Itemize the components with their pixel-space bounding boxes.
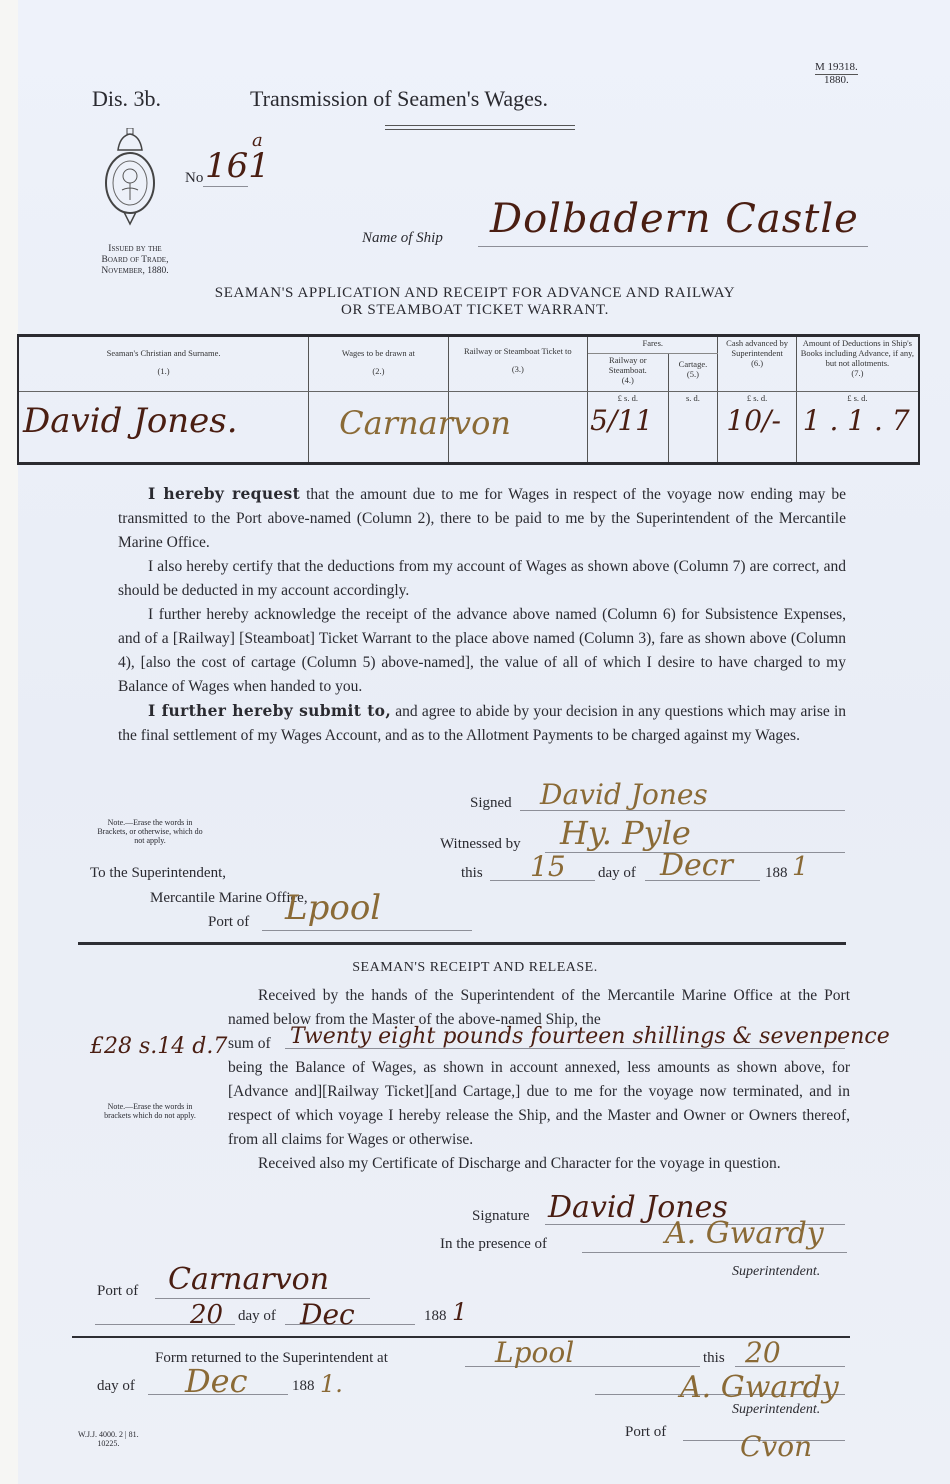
- return-sign-value[interactable]: A. Gwardy: [680, 1370, 839, 1405]
- release-paragraph-2: Received also my Certificate of Discharg…: [228, 1152, 850, 1176]
- form-ref-number: M 19318.: [815, 62, 858, 73]
- fare-units: £ s. d.: [590, 393, 665, 403]
- release-year-suffix[interactable]: 1: [452, 1298, 467, 1326]
- superintendent-label: Superintendent.: [732, 1264, 820, 1280]
- form-reference: M 19318. 1880.: [815, 62, 858, 86]
- acknowledge-paragraph: I further hereby acknowledge the receipt…: [118, 603, 846, 699]
- brackets-note: Note.—Erase the words in brackets which …: [100, 1102, 200, 1120]
- signature-label: Signature: [472, 1208, 530, 1225]
- col-header-deductions: Amount of Deductions in Ship's Books inc…: [796, 336, 919, 392]
- port-label: Port of: [208, 914, 249, 931]
- col-5-num: (5.): [671, 369, 716, 379]
- issued-line-1: Issued by the: [85, 244, 185, 255]
- sum-label: sum of: [228, 1035, 271, 1052]
- cell-fare[interactable]: £ s. d. 5/11: [588, 392, 668, 464]
- printer-line-2: 10225.: [78, 1439, 139, 1448]
- cell-cash-advanced[interactable]: £ s. d. 10/-: [718, 392, 796, 464]
- col-1-label: Seaman's Christian and Surname.: [21, 348, 306, 358]
- form-ref-year: 1880.: [815, 74, 858, 86]
- request-paragraph: I hereby request that the amount due to …: [118, 482, 846, 555]
- release-day-value[interactable]: 20: [190, 1300, 223, 1330]
- deduction-units: £ s. d.: [799, 393, 916, 403]
- year-prefix: 188: [765, 865, 788, 882]
- col-2-label: Wages to be drawn at: [311, 348, 445, 358]
- application-body: I hereby request that the amount due to …: [118, 482, 846, 748]
- to-superintendent: To the Superintendent,: [90, 865, 226, 882]
- release-port-label: Port of: [97, 1283, 138, 1300]
- signed-label: Signed: [470, 795, 512, 812]
- sum-words-value[interactable]: Twenty eight pounds fourteen shillings &…: [290, 1024, 890, 1049]
- issued-line-2: Board of Trade,: [85, 255, 185, 266]
- deductions-value: 1 . 1 . 7: [803, 416, 910, 426]
- col-5-label: Cartage.: [671, 359, 716, 369]
- submit-paragraph: I further hereby submit to, and agree to…: [118, 699, 846, 748]
- witnessed-value[interactable]: Hy. Pyle: [560, 814, 691, 852]
- day-of-label: day of: [598, 865, 636, 882]
- release-title: SEAMAN'S RECEIPT AND RELEASE.: [0, 960, 950, 976]
- col-3-label: Railway or Steamboat Ticket to: [451, 346, 585, 356]
- ship-name-line: [478, 246, 868, 247]
- form-code: Dis. 3b.: [92, 86, 161, 112]
- return-month-value[interactable]: Dec: [185, 1362, 248, 1400]
- release-year-prefix: 188: [424, 1308, 447, 1325]
- signed-value[interactable]: David Jones: [540, 778, 708, 811]
- return-year-suffix[interactable]: 1.: [320, 1370, 343, 1398]
- day-value[interactable]: 15: [530, 850, 566, 883]
- application-title-line-1: SEAMAN'S APPLICATION AND RECEIPT FOR ADV…: [0, 285, 950, 302]
- col-header-wages-at: Wages to be drawn at (2.): [309, 336, 448, 392]
- release-day-of-label: day of: [238, 1308, 276, 1325]
- board-of-trade-crest-icon: [100, 128, 160, 238]
- col-4-label: Railway or Steamboat.: [590, 355, 665, 375]
- col-7-num: (7.): [799, 368, 916, 378]
- wages-at-value: Carnarvon: [339, 418, 511, 428]
- port-line: [262, 930, 472, 931]
- col-6-num: (6.): [720, 358, 793, 368]
- return-this-value[interactable]: 20: [745, 1336, 781, 1369]
- request-lead: I hereby request: [148, 484, 300, 503]
- col-header-cash-advanced: Cash advanced by Superintendent (6.): [718, 336, 796, 392]
- col-6-label: Cash advanced by Superintendent: [720, 338, 793, 358]
- col-header-cartage: Cartage. (5.): [668, 354, 718, 392]
- ship-name-value[interactable]: Dolbadern Castle: [490, 196, 859, 242]
- return-this-label: this: [703, 1350, 725, 1367]
- number-value[interactable]: 161: [205, 146, 270, 186]
- cartage-units: s. d.: [671, 393, 716, 403]
- certify-paragraph: I also hereby certify that the deduction…: [118, 555, 846, 603]
- application-title: SEAMAN'S APPLICATION AND RECEIPT FOR ADV…: [0, 285, 950, 319]
- col-header-fares-group: Fares.: [588, 336, 718, 354]
- wages-table: Seaman's Christian and Surname. (1.) Wag…: [17, 334, 920, 465]
- margin-amount[interactable]: £28 s.14 d.7: [90, 1034, 227, 1059]
- submit-lead: I further hereby submit to,: [148, 701, 391, 720]
- table-row: David Jones. Carnarvon £ s. d. 5/11 s. d…: [18, 392, 919, 464]
- return-year-prefix: 188: [292, 1378, 315, 1395]
- seaman-name-value: David Jones.: [23, 416, 238, 426]
- title-divider: [385, 125, 575, 130]
- mercantile-marine-office: Mercantile Marine Office,: [150, 890, 308, 907]
- return-day-of-label: day of: [97, 1378, 135, 1395]
- section-divider: [78, 942, 846, 945]
- witnessed-label: Witnessed by: [440, 836, 521, 853]
- ship-name-label: Name of Ship: [362, 230, 443, 247]
- fare-value: 5/11: [590, 416, 653, 426]
- cell-cartage[interactable]: s. d.: [668, 392, 718, 464]
- presence-value[interactable]: A. Gwardy: [665, 1216, 824, 1251]
- col-1-num: (1.): [21, 366, 306, 376]
- month-value[interactable]: Decr: [660, 848, 733, 883]
- col-header-seaman-name: Seaman's Christian and Surname. (1.): [18, 336, 309, 392]
- cell-deductions[interactable]: £ s. d. 1 . 1 . 7: [796, 392, 919, 464]
- return-superintendent-label: Superintendent.: [732, 1402, 820, 1418]
- erase-note: Note.—Erase the words in Brackets, or ot…: [95, 818, 205, 845]
- col-2-num: (2.): [311, 366, 445, 376]
- issued-line-3: November, 1880.: [85, 266, 185, 277]
- application-title-line-2: OR STEAMBOAT TICKET WARRANT.: [0, 302, 950, 319]
- col-header-fare: Railway or Steamboat. (4.): [588, 354, 668, 392]
- number-field-line: [203, 186, 248, 187]
- return-port-label: Port of: [625, 1424, 666, 1441]
- cash-advanced-value: 10/-: [726, 416, 781, 426]
- cell-wages-at[interactable]: Carnarvon: [309, 392, 448, 464]
- paper-edge: [0, 0, 18, 1484]
- return-port-value[interactable]: Cvon: [740, 1430, 812, 1463]
- col-3-num: (3.): [451, 364, 585, 374]
- issued-by: Issued by the Board of Trade, November, …: [85, 244, 185, 277]
- release-body: Received by the hands of the Superintend…: [228, 984, 850, 1176]
- cash-units: £ s. d.: [720, 393, 793, 403]
- year-suffix[interactable]: 1: [792, 852, 809, 882]
- presence-label: In the presence of: [440, 1236, 547, 1253]
- release-paragraph-1b: being the Balance of Wages, as shown in …: [228, 1056, 850, 1152]
- port-value[interactable]: Lpool: [285, 888, 381, 928]
- this-label: this: [461, 865, 483, 882]
- release-month-value[interactable]: Dec: [300, 1298, 355, 1331]
- return-divider: [72, 1336, 850, 1338]
- number-label: No: [185, 170, 203, 187]
- release-port-value[interactable]: Carnarvon: [168, 1262, 329, 1297]
- col-7-label: Amount of Deductions in Ship's Books inc…: [799, 338, 916, 368]
- printer-line-1: W.J.J. 4000. 2 | 81.: [78, 1430, 139, 1439]
- presence-line: [582, 1252, 847, 1253]
- return-at-value[interactable]: Lpool: [495, 1336, 574, 1369]
- cell-seaman-name[interactable]: David Jones.: [18, 392, 309, 464]
- printer-mark: W.J.J. 4000. 2 | 81. 10225.: [78, 1430, 139, 1448]
- col-header-ticket-to: Railway or Steamboat Ticket to (3.): [448, 336, 587, 392]
- col-4-num: (4.): [590, 375, 665, 385]
- page-title: Transmission of Seamen's Wages.: [250, 86, 548, 112]
- number-superscript: a: [252, 130, 263, 151]
